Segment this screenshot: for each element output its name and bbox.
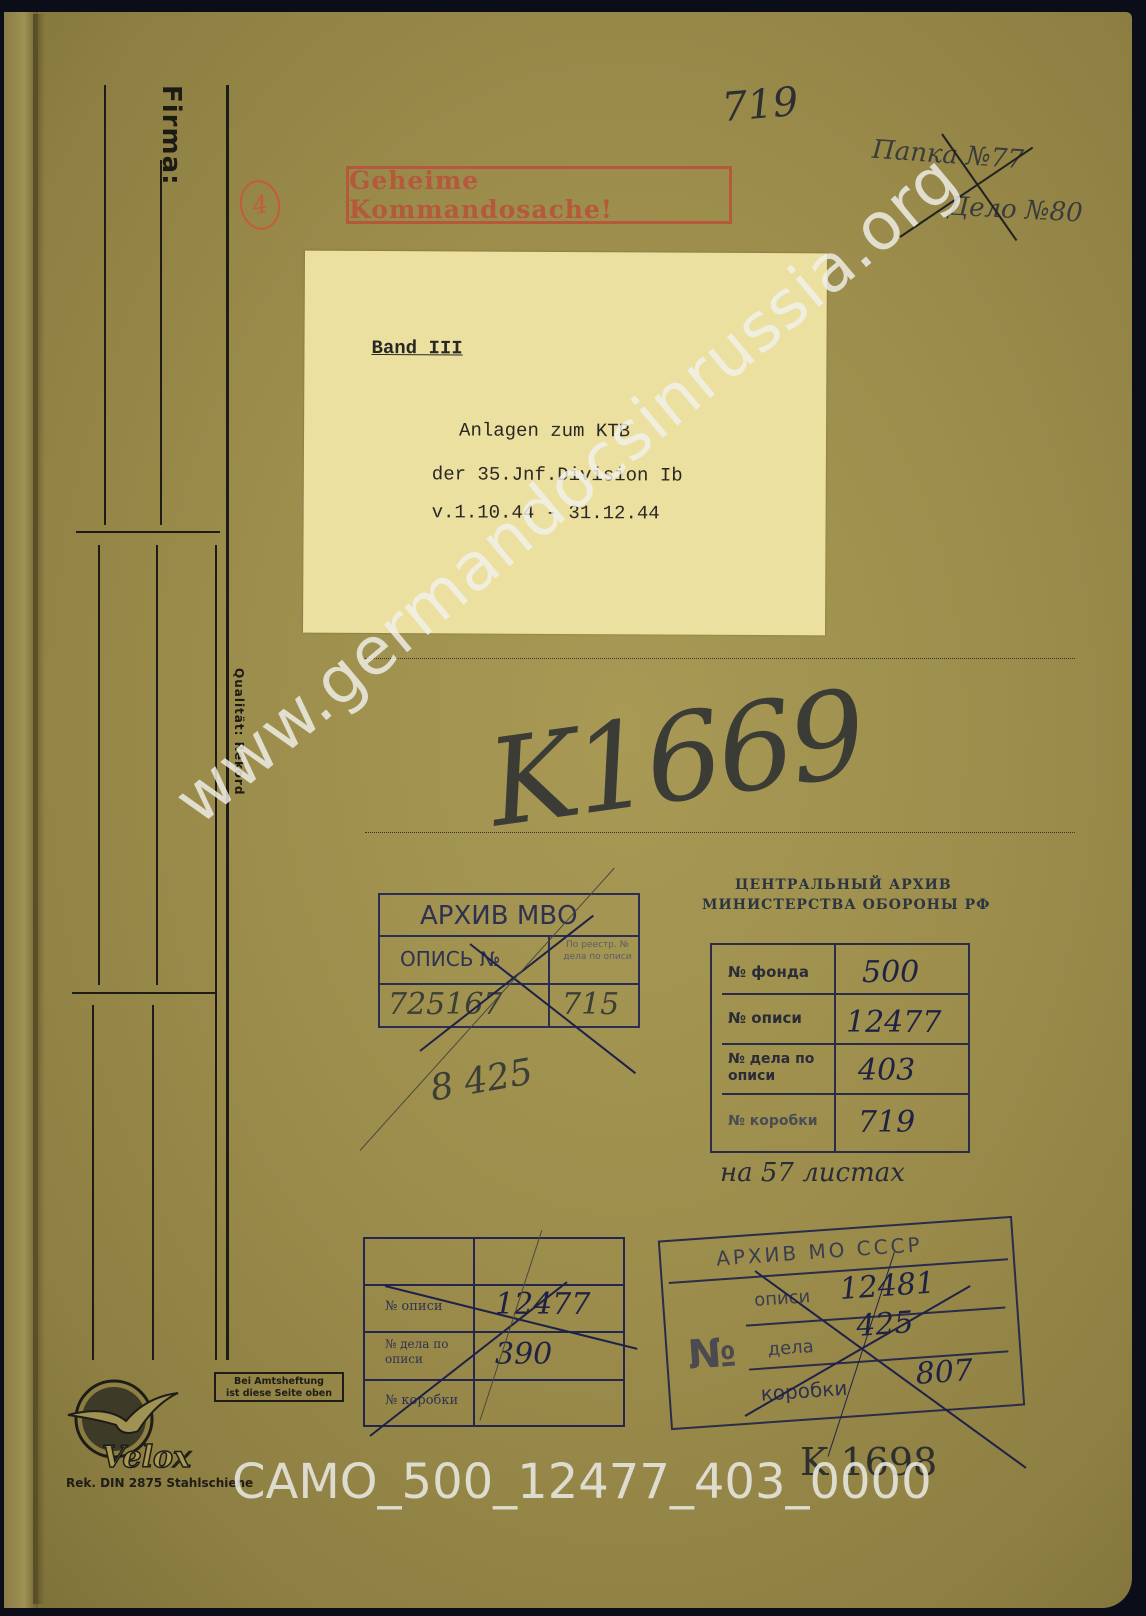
rule-line (72, 992, 216, 994)
amtsheftung-line-2: ist diese Seite oben (216, 1388, 342, 1400)
rule-line (156, 545, 158, 985)
velox-logo-icon: Velox (66, 1375, 196, 1475)
korobka-value: 719 (858, 1105, 915, 1140)
opis-label: ОПИСЬ № (400, 947, 501, 971)
amtsheftung-box: Bei Amtsheftung ist diese Seite oben (214, 1372, 344, 1402)
opis-label: № описи (385, 1299, 443, 1314)
central-archive-title-1: ЦЕНТРАЛЬНЫЙ АРХИВ (735, 877, 952, 893)
stamp-title: АРХИВ МВО (420, 901, 578, 931)
delo-label: дела (767, 1336, 814, 1360)
stamp-title: АРХИВ МО СССР (715, 1232, 923, 1270)
band-title: Band III (371, 337, 462, 359)
delo-small-label: По реестр. № дела по описи (560, 939, 635, 963)
firma-label: Firma: (156, 85, 186, 186)
sheets-note: на 57 листах (720, 1158, 905, 1188)
rule-line (160, 160, 162, 525)
handwritten-box-number: 719 (720, 79, 800, 131)
opis-value: 12477 (846, 1005, 941, 1040)
fond-label: № фонда (728, 963, 809, 981)
central-archive-title-2: МИНИСТЕРСТВА ОБОРОНЫ РФ (702, 897, 990, 913)
dotted-line (365, 832, 1075, 833)
stamp-archive-mo-ussr: АРХИВ МО СССР описи 12481 № дела 425 кор… (658, 1216, 1025, 1430)
rule-line (76, 531, 220, 533)
number-mark: № (686, 1329, 737, 1378)
delo-label: № дела по описи (385, 1337, 470, 1367)
rule-line (92, 1005, 94, 1360)
amtsheftung-line-1: Bei Amtsheftung (216, 1376, 342, 1388)
delo-value: 403 (858, 1053, 915, 1088)
opis-value: 725167 (388, 987, 503, 1022)
rule-line (98, 545, 100, 985)
delo-value: 715 (562, 987, 619, 1022)
brand-text: Velox (102, 1440, 192, 1475)
rule-line (152, 1005, 154, 1360)
stamp-bottom-left: № описи 12477 № дела по описи 390 № коро… (363, 1237, 625, 1427)
delo-value: 425 (855, 1305, 915, 1344)
fold-shadow (33, 14, 45, 1604)
rule-line (215, 545, 217, 1360)
rule-line (104, 85, 106, 525)
stamp-central-archive: № фонда 500 № описи 12477 № дела по опис… (710, 943, 970, 1153)
archive-file-id: CAMO_500_12477_403_0000 (232, 1454, 932, 1510)
fond-value: 500 (862, 955, 919, 990)
secret-stamp: Geheime Kommandosache! (346, 166, 732, 224)
din-text: Rek. DIN 2875 Stahlschiene (66, 1476, 253, 1490)
korobka-value: 807 (915, 1353, 975, 1392)
stamp-archive-mvo: АРХИВ МВО ОПИСЬ № По реестр. № дела по о… (378, 893, 640, 1028)
delo-label: № дела по описи (728, 1051, 828, 1085)
dotted-line (365, 658, 1075, 659)
opis-label: № описи (728, 1009, 802, 1027)
korobka-label: № коробки (728, 1113, 818, 1129)
